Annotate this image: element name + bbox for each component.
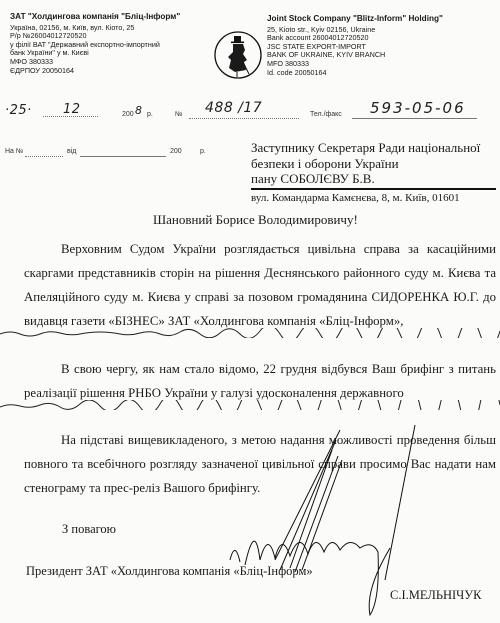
addressee-street: вул. Командарма Камєнєва, 8, м. Київ, 01…	[251, 192, 460, 204]
outgoing-number: 488 /17	[205, 100, 262, 116]
paragraph-text: Верховним Судом України розглядається ци…	[24, 242, 496, 328]
reply-number-label: На №	[5, 148, 23, 155]
date-month: 12	[63, 102, 81, 117]
greeting: Шановний Борисе Володимировичу!	[153, 212, 358, 228]
body-paragraph-2: В свою чергу, як нам стало відомо, 22 гр…	[24, 357, 496, 405]
telfax-label: Тел./факс	[310, 111, 342, 118]
telfax-number: 593-05-06	[370, 99, 466, 117]
letterhead-line: Id. code 20050164	[267, 69, 497, 78]
addressee-divider	[251, 188, 496, 190]
reply-year: 200	[170, 148, 182, 155]
top-hat-figure-emblem-icon	[213, 30, 263, 80]
letterhead-ukrainian: ЗАТ "Холдингова компанія "Бліц-Інформ" У…	[10, 13, 210, 75]
signer-position: Президент ЗАТ «Холдингова компанія «Бліц…	[26, 564, 313, 579]
addressee-name: пану СОБОЛЄВУ Б.В.	[251, 171, 497, 187]
dotted-rule	[25, 156, 63, 157]
signer-name: С.І.МЕЛЬНІЧУК	[390, 588, 482, 603]
year-prefix: 200	[122, 111, 134, 118]
company-name-ua: ЗАТ "Холдингова компанія "Бліц-Інформ"	[10, 13, 210, 22]
torn-edge-divider	[0, 328, 500, 338]
closing-regards: З повагою	[62, 522, 116, 537]
date-day: ·25·	[5, 103, 32, 118]
addressee-block: Заступнику Секретаря Ради національної б…	[251, 140, 497, 187]
addressee-line: безпеки і оборони України	[251, 156, 497, 172]
dotted-rule	[189, 118, 299, 119]
year-suffix: р.	[147, 111, 153, 118]
company-name-en: Joint Stock Company "Blitz-Inform" Holdi…	[267, 15, 497, 24]
reply-reference-row: На № від 200 р.	[5, 148, 245, 162]
torn-edge-divider	[0, 400, 500, 410]
reply-year-suffix: р.	[200, 148, 206, 155]
body-paragraph-1: Верховним Судом України розглядається ци…	[24, 237, 496, 333]
paragraph-text: В свою чергу, як нам стало відомо, 22 гр…	[24, 362, 496, 400]
reply-from-label: від	[67, 148, 76, 155]
telfax-rule	[352, 118, 477, 119]
number-label: №	[175, 111, 183, 118]
solid-rule	[80, 156, 166, 157]
year-digit: 8	[135, 104, 143, 117]
addressee-line: Заступнику Секретаря Ради національної	[251, 140, 497, 156]
letterhead-english: Joint Stock Company "Blitz-Inform" Holdi…	[267, 15, 497, 77]
letterhead-line: ЄДРПОУ 20050164	[10, 67, 210, 76]
outgoing-reference-row: ·25· 12 200 8 р. № 488 /17 Тел./факс 593…	[5, 103, 500, 123]
